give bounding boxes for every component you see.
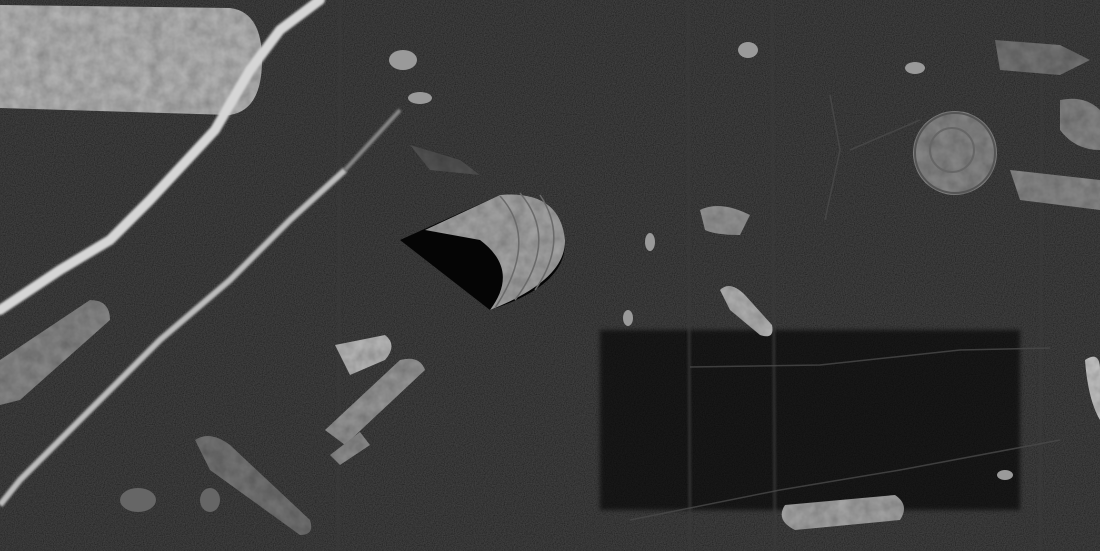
fossil-stone-photo <box>0 0 1100 551</box>
goniatite <box>913 111 997 195</box>
orthoceras-large <box>0 5 262 115</box>
